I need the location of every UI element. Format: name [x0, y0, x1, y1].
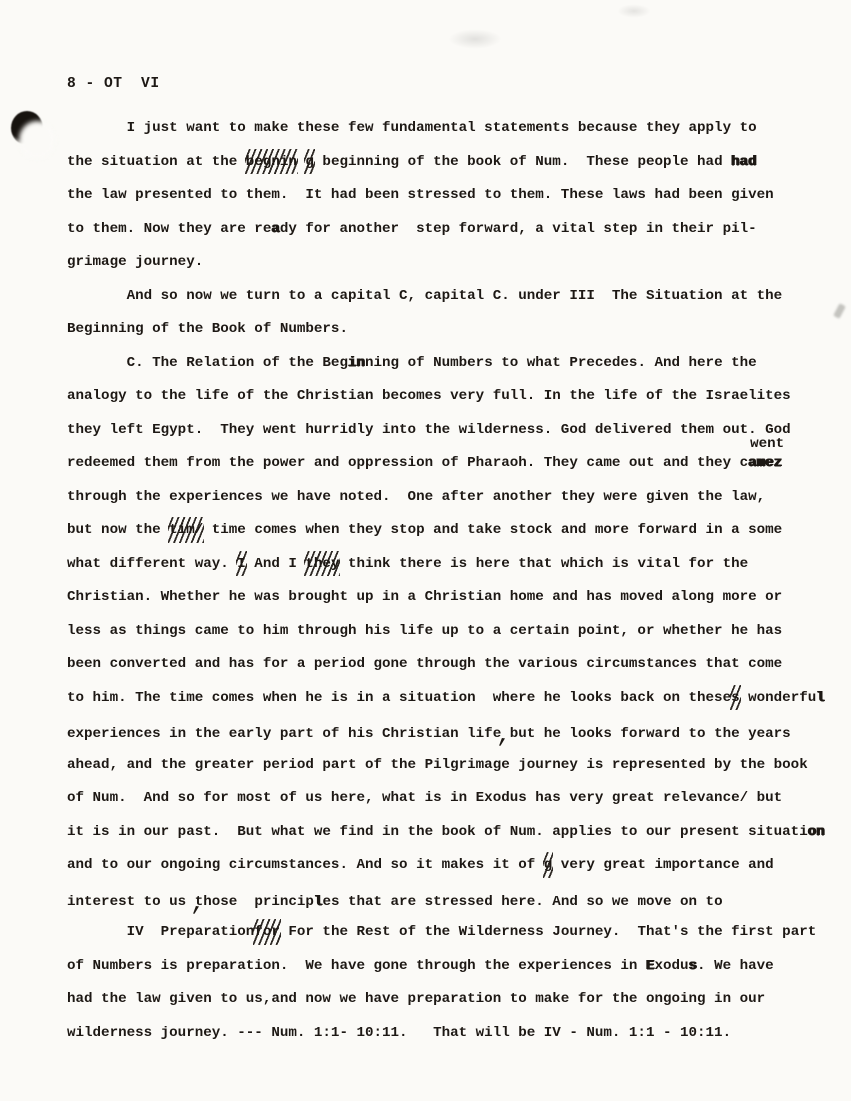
overtyped-text: l	[816, 690, 825, 706]
struck-text: g	[305, 146, 314, 180]
struck-text: g	[544, 849, 553, 883]
corrected-word: wentamez	[748, 447, 782, 481]
typed-line: wilderness journey. --- Num. 1:1- 10:11.…	[67, 1017, 843, 1051]
typed-line: of Numbers is preparation. We have gone …	[67, 950, 843, 984]
typed-line: redeemed them from the power and oppress…	[67, 447, 843, 481]
page-header: 8 - OT VI	[67, 76, 160, 92]
typed-line: interest to us ,those principles that ar…	[67, 883, 843, 917]
overtyped-text: l	[314, 894, 323, 910]
typed-line: And so now we turn to a capital C, capit…	[67, 280, 843, 314]
typed-line: the law presented to them. It had been s…	[67, 179, 843, 213]
typed-line: experiences in the early part of his Chr…	[67, 715, 843, 749]
overtyped-text: s	[689, 958, 698, 974]
overtyped-text: a	[271, 221, 280, 237]
overtyped-text: on	[808, 824, 825, 840]
typed-line: I just want to make these few fundamenta…	[67, 112, 843, 146]
typed-line: but now the tim/ time comes when they st…	[67, 514, 843, 548]
typed-line: C. The Relation of the Beginning of Numb…	[67, 347, 843, 381]
typed-line: they left Egypt. They went hurridly into…	[67, 414, 843, 448]
typed-line: what different way. I And I they think t…	[67, 548, 843, 582]
struck-text: tim/	[169, 514, 203, 548]
document-body: I just want to make these few fundamenta…	[67, 112, 843, 1050]
typed-line: it is in our past. But what we find in t…	[67, 816, 843, 850]
typed-line: of Num. And so for most of us here, what…	[67, 782, 843, 816]
typed-line: through the experiences we have noted. O…	[67, 481, 843, 515]
paper-noise	[440, 26, 510, 52]
overtyped-text: E	[646, 958, 655, 974]
typed-line: grimage journey.	[67, 246, 843, 280]
typed-line: less as things came to him through his l…	[67, 615, 843, 649]
overtyped-text: had	[731, 154, 757, 170]
overtyped-text: in	[348, 355, 365, 371]
struck-text: they	[305, 548, 339, 582]
typed-line: to him. The time comes when he is in a s…	[67, 682, 843, 716]
struck-text: I	[237, 548, 246, 582]
struck-text: s	[731, 682, 740, 716]
handwritten-mark: ,	[495, 719, 499, 752]
ink-smudge-mark	[11, 111, 43, 145]
typed-line: been converted and has for a period gone…	[67, 648, 843, 682]
typed-line: and to our ongoing circumstances. And so…	[67, 849, 843, 883]
handwritten-mark: ,	[189, 887, 193, 920]
typed-line: Beginning of the Book of Numbers.	[67, 313, 843, 347]
typed-line: ahead, and the greater period part of th…	[67, 749, 843, 783]
typed-line: had the law given to us,and now we have …	[67, 983, 843, 1017]
interline-insertion: went	[750, 428, 784, 462]
typed-line: the situation at the begnin g beginning …	[67, 146, 843, 180]
typed-line: IV Preparationfor For the Rest of the Wi…	[67, 916, 843, 950]
struck-text: for	[254, 916, 280, 950]
struck-text: begnin	[246, 146, 297, 180]
typed-line: Christian. Whether he was brought up in …	[67, 581, 843, 615]
paper-noise	[612, 2, 656, 20]
typewritten-page: 8 - OT VI I just want to make these few …	[0, 0, 851, 1101]
typed-line: analogy to the life of the Christian bec…	[67, 380, 843, 414]
typed-line: to them. Now they are ready for another …	[67, 213, 843, 247]
